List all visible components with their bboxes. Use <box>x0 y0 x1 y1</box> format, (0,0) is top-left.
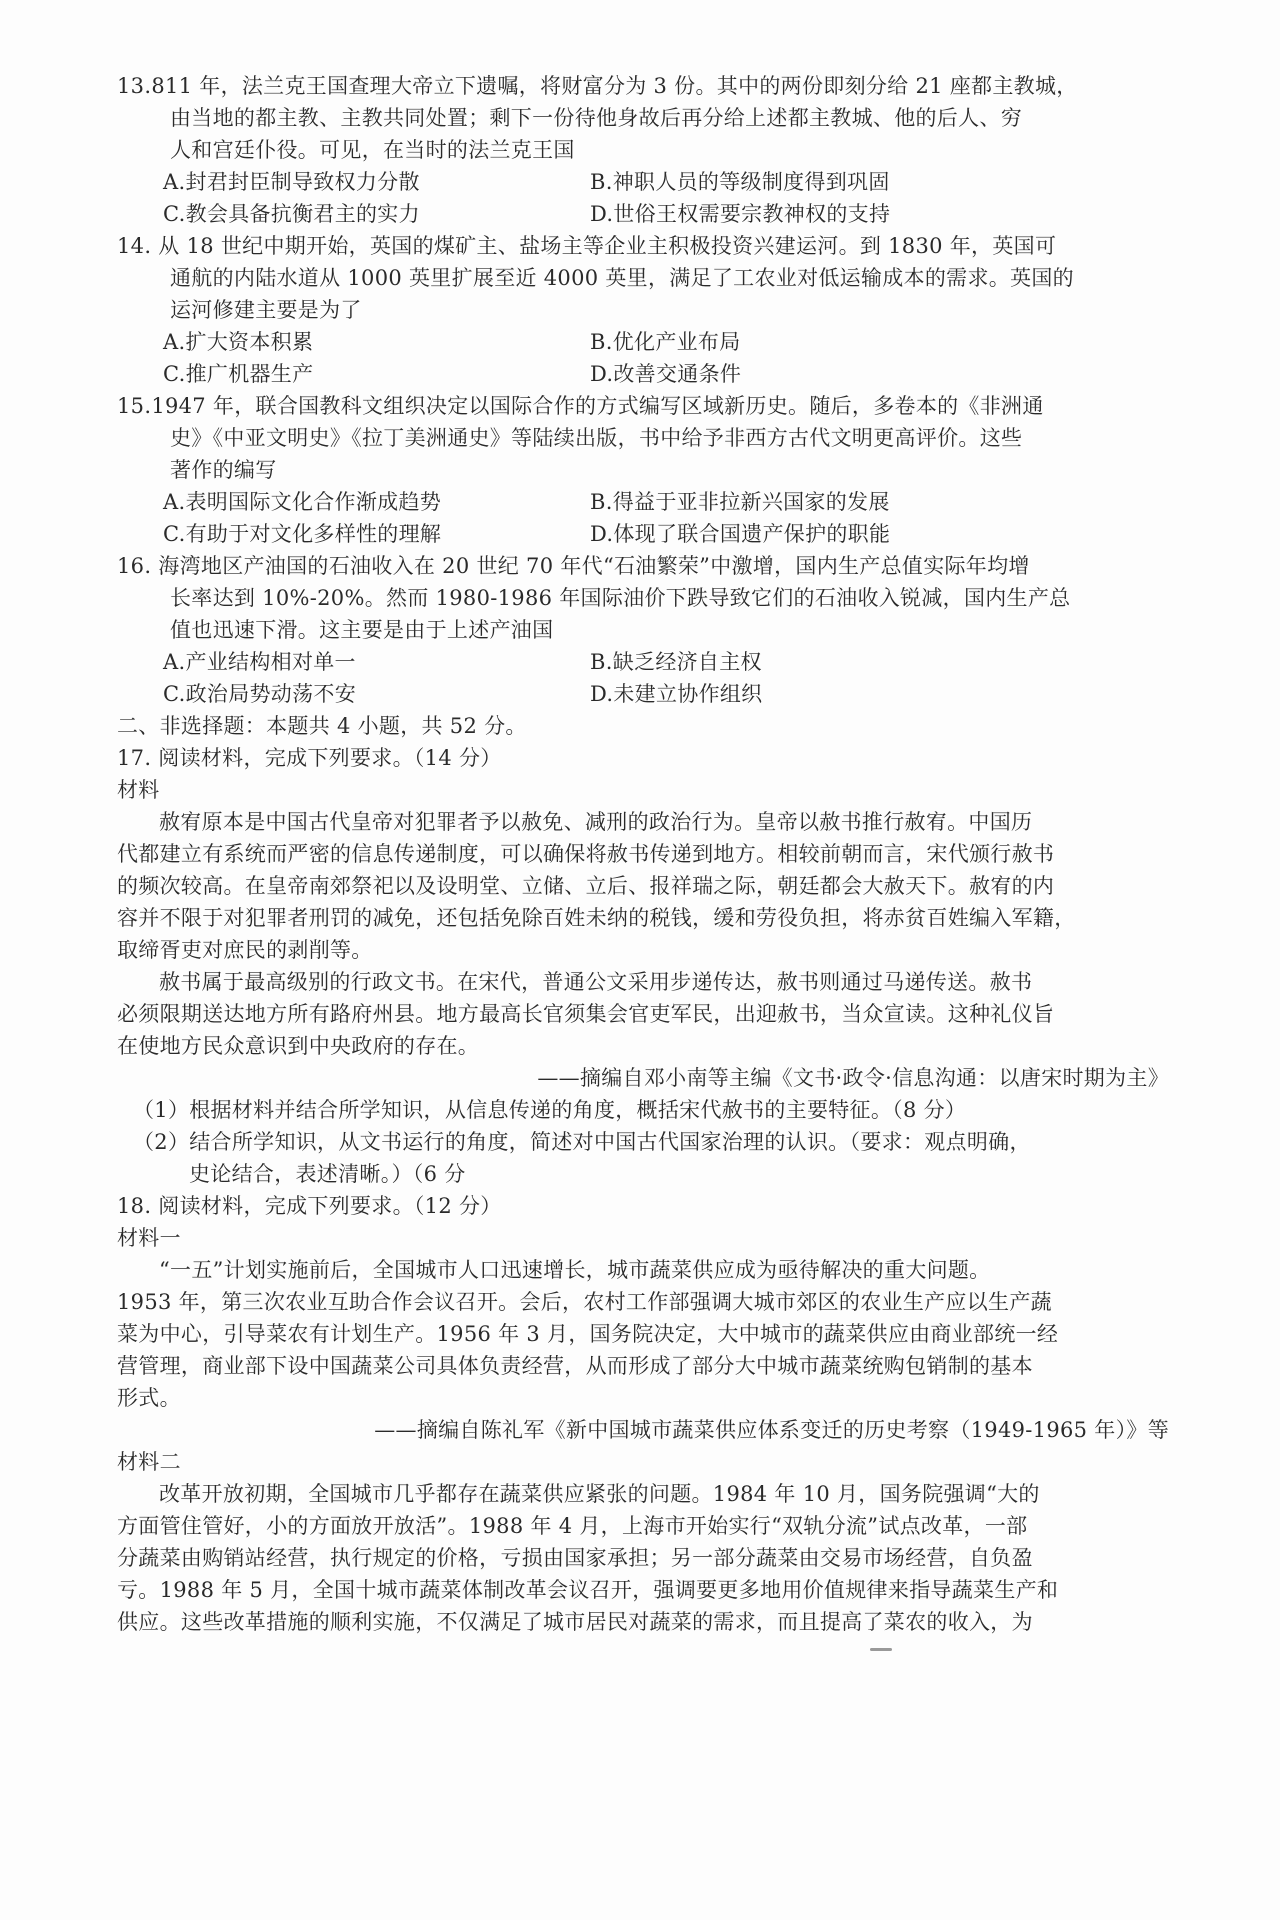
option-row: C.有助于对文化多样性的理解 D.体现了联合国遗产保护的职能 <box>117 518 1169 550</box>
material-label: 材料 <box>117 774 1169 806</box>
option-a: A.封君封臣制导致权力分散 <box>163 166 590 198</box>
option-row: A.封君封臣制导致权力分散 B.神职人员的等级制度得到巩固 <box>117 166 1169 198</box>
material-line: 亏。1988 年 5 月，全国十城市蔬菜体制改革会议召开，强调要更多地用价值规律… <box>117 1574 1169 1606</box>
question-stem-line: 14. 从 18 世纪中期开始，英国的煤矿主、盐场主等企业主积极投资兴建运河。到… <box>117 230 1169 262</box>
question-15: 15.1947 年，联合国教科文组织决定以国际合作的方式编写区域新历史。随后，多… <box>117 390 1169 550</box>
sub-question-2: （2）结合所学知识，从文书运行的角度，简述对中国古代国家治理的认识。（要求：观点… <box>117 1126 1169 1158</box>
section-title: 二、非选择题：本题共 4 小题，共 52 分。 <box>117 710 1169 742</box>
material-line: 赦宥原本是中国古代皇帝对犯罪者予以赦免、减刑的政治行为。皇帝以赦书推行赦宥。中国… <box>117 806 1169 838</box>
scan-mark <box>870 1648 892 1651</box>
question-number: 13. <box>117 74 151 98</box>
question-number: 15. <box>117 394 151 418</box>
option-row: C.推广机器生产 D.改善交通条件 <box>117 358 1169 390</box>
option-row: C.教会具备抗衡君主的实力 D.世俗王权需要宗教神权的支持 <box>117 198 1169 230</box>
option-row: A.表明国际文化合作渐成趋势 B.得益于亚非拉新兴国家的发展 <box>117 486 1169 518</box>
option-c: C.政治局势动荡不安 <box>163 678 590 710</box>
exam-content: 13.811 年，法兰克王国查理大帝立下遗嘱，将财富分为 3 份。其中的两份即刻… <box>117 70 1169 1638</box>
option-d: D.未建立协作组织 <box>590 678 762 710</box>
question-stem-line: 史》《中亚文明史》《拉丁美洲通史》等陆续出版，书中给予非西方古代文明更高评价。这… <box>117 422 1169 454</box>
question-stem-line: 16. 海湾地区产油国的石油收入在 20 世纪 70 年代“石油繁荣”中激增，国… <box>117 550 1169 582</box>
option-a: A.产业结构相对单一 <box>163 646 590 678</box>
question-stem-line: 长率达到 10%-20%。然而 1980-1986 年国际油价下跌导致它们的石油… <box>117 582 1169 614</box>
material-source: ——摘编自陈礼军《新中国城市蔬菜供应体系变迁的历史考察（1949-1965 年）… <box>117 1414 1169 1446</box>
question-stem-line: 13.811 年，法兰克王国查理大帝立下遗嘱，将财富分为 3 份。其中的两份即刻… <box>117 70 1169 102</box>
material-label: 材料二 <box>117 1446 1169 1478</box>
option-row: A.产业结构相对单一 B.缺乏经济自主权 <box>117 646 1169 678</box>
option-d: D.改善交通条件 <box>590 358 741 390</box>
material-line: 改革开放初期，全国城市几乎都存在蔬菜供应紧张的问题。1984 年 10 月，国务… <box>117 1478 1169 1510</box>
option-row: A.扩大资本积累 B.优化产业布局 <box>117 326 1169 358</box>
material-label: 材料一 <box>117 1222 1169 1254</box>
material-source: ——摘编自邓小南等主编《文书·政令·信息沟通：以唐宋时期为主》 <box>117 1062 1169 1094</box>
option-b: B.缺乏经济自主权 <box>590 646 762 678</box>
material-line: 菜为中心，引导菜农有计划生产。1956 年 3 月，国务院决定，大中城市的蔬菜供… <box>117 1318 1169 1350</box>
material-line: 代都建立有系统而严密的信息传递制度，可以确保将赦书传递到地方。相较前朝而言，宋代… <box>117 838 1169 870</box>
option-d: D.世俗王权需要宗教神权的支持 <box>590 198 890 230</box>
question-header: 18. 阅读材料，完成下列要求。（12 分） <box>117 1190 1169 1222</box>
question-number: 16. <box>117 554 151 578</box>
exam-page: 13.811 年，法兰克王国查理大帝立下遗嘱，将财富分为 3 份。其中的两份即刻… <box>0 0 1280 1920</box>
material-line: 在使地方民众意识到中央政府的存在。 <box>117 1030 1169 1062</box>
option-row: C.政治局势动荡不安 D.未建立协作组织 <box>117 678 1169 710</box>
question-18: 18. 阅读材料，完成下列要求。（12 分） 材料一 “一五”计划实施前后，全国… <box>117 1190 1169 1638</box>
material-line: 的频次较高。在皇帝南郊祭祀以及设明堂、立储、立后、报祥瑞之际，朝廷都会大赦天下。… <box>117 870 1169 902</box>
question-16: 16. 海湾地区产油国的石油收入在 20 世纪 70 年代“石油繁荣”中激增，国… <box>117 550 1169 710</box>
question-stem-line: 运河修建主要是为了 <box>117 294 1169 326</box>
question-17: 17. 阅读材料，完成下列要求。（14 分） 材料 赦宥原本是中国古代皇帝对犯罪… <box>117 742 1169 1190</box>
material-line: 形式。 <box>117 1382 1169 1414</box>
sub-question-1: （1）根据材料并结合所学知识，从信息传递的角度，概括宋代赦书的主要特征。（8 分… <box>117 1094 1169 1126</box>
option-a: A.表明国际文化合作渐成趋势 <box>163 486 590 518</box>
option-c: C.推广机器生产 <box>163 358 590 390</box>
question-stem-line: 由当地的都主教、主教共同处置；剩下一份待他身故后再分给上述都主教城、他的后人、穷 <box>117 102 1169 134</box>
sub-question-2-cont: 史论结合，表述清晰。）（6 分 <box>117 1158 1169 1190</box>
option-b: B.神职人员的等级制度得到巩固 <box>590 166 890 198</box>
option-a: A.扩大资本积累 <box>163 326 590 358</box>
question-number: 14. <box>117 234 151 258</box>
material-line: 赦书属于最高级别的行政文书。在宋代，普通公文采用步递传达，赦书则通过马递传送。赦… <box>117 966 1169 998</box>
question-stem-line: 通航的内陆水道从 1000 英里扩展至近 4000 英里，满足了工农业对低运输成… <box>117 262 1169 294</box>
question-14: 14. 从 18 世纪中期开始，英国的煤矿主、盐场主等企业主积极投资兴建运河。到… <box>117 230 1169 390</box>
question-stem-line: 人和宫廷仆役。可见，在当时的法兰克王国 <box>117 134 1169 166</box>
material-line: 分蔬菜由购销站经营，执行规定的价格，亏损由国家承担；另一部分蔬菜由交易市场经营，… <box>117 1542 1169 1574</box>
option-d: D.体现了联合国遗产保护的职能 <box>590 518 890 550</box>
option-c: C.教会具备抗衡君主的实力 <box>163 198 590 230</box>
question-stem-line: 15.1947 年，联合国教科文组织决定以国际合作的方式编写区域新历史。随后，多… <box>117 390 1169 422</box>
question-stem-line: 著作的编写 <box>117 454 1169 486</box>
question-header: 17. 阅读材料，完成下列要求。（14 分） <box>117 742 1169 774</box>
material-line: 取缔胥吏对庶民的剥削等。 <box>117 934 1169 966</box>
option-b: B.得益于亚非拉新兴国家的发展 <box>590 486 890 518</box>
material-line: “一五”计划实施前后，全国城市人口迅速增长，城市蔬菜供应成为亟待解决的重大问题。 <box>117 1254 1169 1286</box>
material-line: 容并不限于对犯罪者刑罚的减免，还包括免除百姓未纳的税钱，缓和劳役负担，将赤贫百姓… <box>117 902 1169 934</box>
option-c: C.有助于对文化多样性的理解 <box>163 518 590 550</box>
material-line: 方面管住管好，小的方面放开放活”。1988 年 4 月，上海市开始实行“双轨分流… <box>117 1510 1169 1542</box>
option-b: B.优化产业布局 <box>590 326 741 358</box>
material-line: 1953 年，第三次农业互助合作会议召开。会后，农村工作部强调大城市郊区的农业生… <box>117 1286 1169 1318</box>
material-line: 必须限期送达地方所有路府州县。地方最高长官须集会官吏军民，出迎赦书，当众宣读。这… <box>117 998 1169 1030</box>
question-stem-line: 值也迅速下滑。这主要是由于上述产油国 <box>117 614 1169 646</box>
material-line: 营管理，商业部下设中国蔬菜公司具体负责经营，从而形成了部分大中城市蔬菜统购包销制… <box>117 1350 1169 1382</box>
material-line: 供应。这些改革措施的顺利实施，不仅满足了城市居民对蔬菜的需求，而且提高了菜农的收… <box>117 1606 1169 1638</box>
question-13: 13.811 年，法兰克王国查理大帝立下遗嘱，将财富分为 3 份。其中的两份即刻… <box>117 70 1169 230</box>
